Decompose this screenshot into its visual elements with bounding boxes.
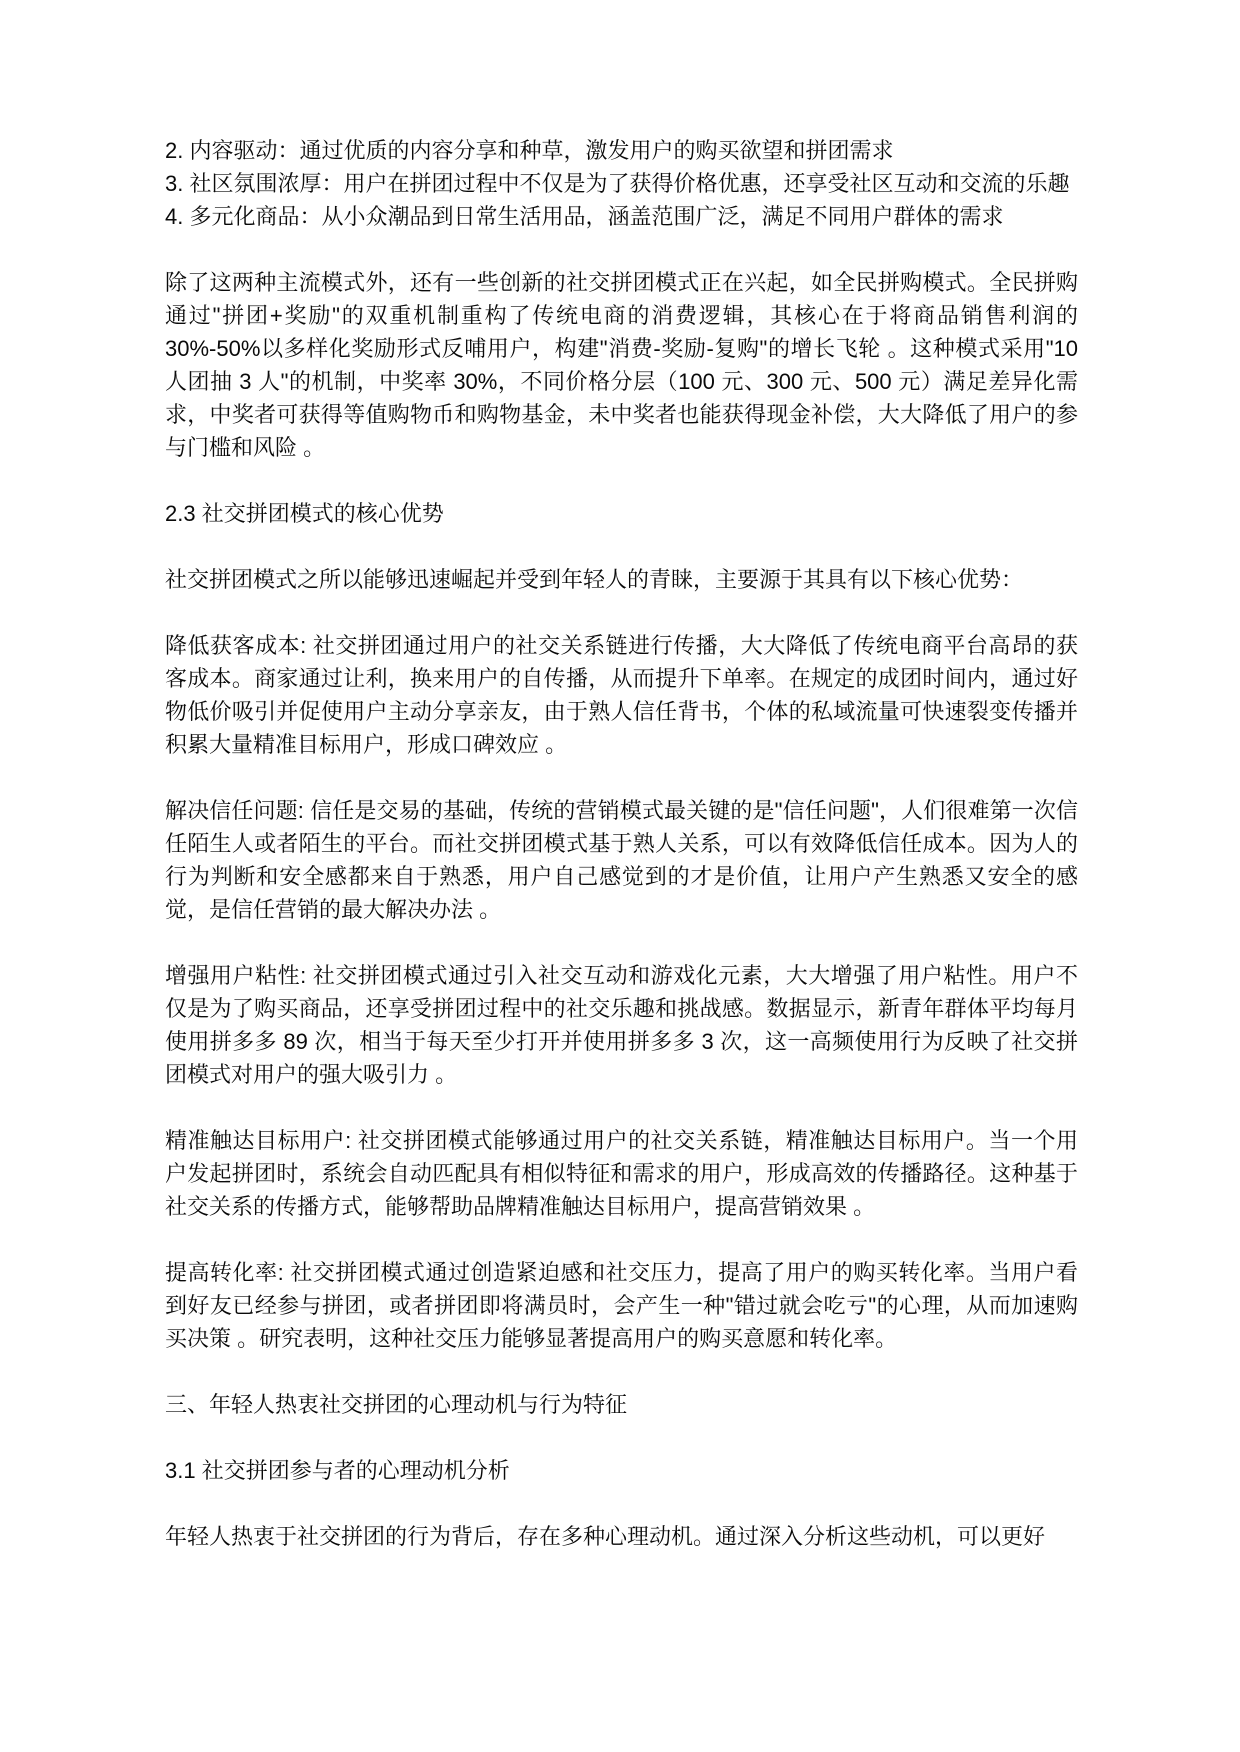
paragraph-lower-acquisition-cost: 降低获客成本: 社交拼团通过用户的社交关系链进行传播，大大降低了传统电商平台高昂… <box>165 629 1078 761</box>
paragraph-solve-trust-problem: 解决信任问题: 信任是交易的基础，传统的营销模式最关键的是"信任问题"，人们很难… <box>165 794 1078 926</box>
list-item-content-driven: 2. 内容驱动：通过优质的内容分享和种草，激发用户的购买欲望和拼团需求 <box>165 134 1078 167</box>
paragraph-core-advantages-intro: 社交拼团模式之所以能够迅速崛起并受到年轻人的青睐，主要源于其具有以下核心优势： <box>165 563 1078 596</box>
list-item-diverse-products: 4. 多元化商品：从小众潮品到日常生活用品，涵盖范围广泛，满足不同用户群体的需求 <box>165 200 1078 233</box>
document-content: 2. 内容驱动：通过优质的内容分享和种草，激发用户的购买欲望和拼团需求 3. 社… <box>0 0 1240 1673</box>
paragraph-precise-targeting: 精准触达目标用户: 社交拼团模式能够通过用户的社交关系链，精准触达目标用户。当一… <box>165 1124 1078 1223</box>
numbered-list: 2. 内容驱动：通过优质的内容分享和种草，激发用户的购买欲望和拼团需求 3. 社… <box>165 134 1078 233</box>
paragraph-psychological-motivation: 年轻人热衷于社交拼团的行为背后，存在多种心理动机。通过深入分析这些动机，可以更好 <box>165 1520 1078 1553</box>
paragraph-innovative-models: 除了这两种主流模式外，还有一些创新的社交拼团模式正在兴起，如全民拼购模式。全民拼… <box>165 266 1078 464</box>
heading-section-2-3: 2.3 社交拼团模式的核心优势 <box>165 497 1078 530</box>
paragraph-enhance-user-stickiness: 增强用户粘性: 社交拼团模式通过引入社交互动和游戏化元素，大大增强了用户粘性。用… <box>165 959 1078 1091</box>
paragraph-improve-conversion-rate: 提高转化率: 社交拼团模式通过创造紧迫感和社交压力，提高了用户的购买转化率。当用… <box>165 1256 1078 1355</box>
heading-section-3: 三、年轻人热衷社交拼团的心理动机与行为特征 <box>165 1388 1078 1421</box>
document-page: 2. 内容驱动：通过优质的内容分享和种草，激发用户的购买欲望和拼团需求 3. 社… <box>0 0 1240 1752</box>
list-item-community-atmosphere: 3. 社区氛围浓厚：用户在拼团过程中不仅是为了获得价格优惠，还享受社区互动和交流… <box>165 167 1078 200</box>
heading-section-3-1: 3.1 社交拼团参与者的心理动机分析 <box>165 1454 1078 1487</box>
